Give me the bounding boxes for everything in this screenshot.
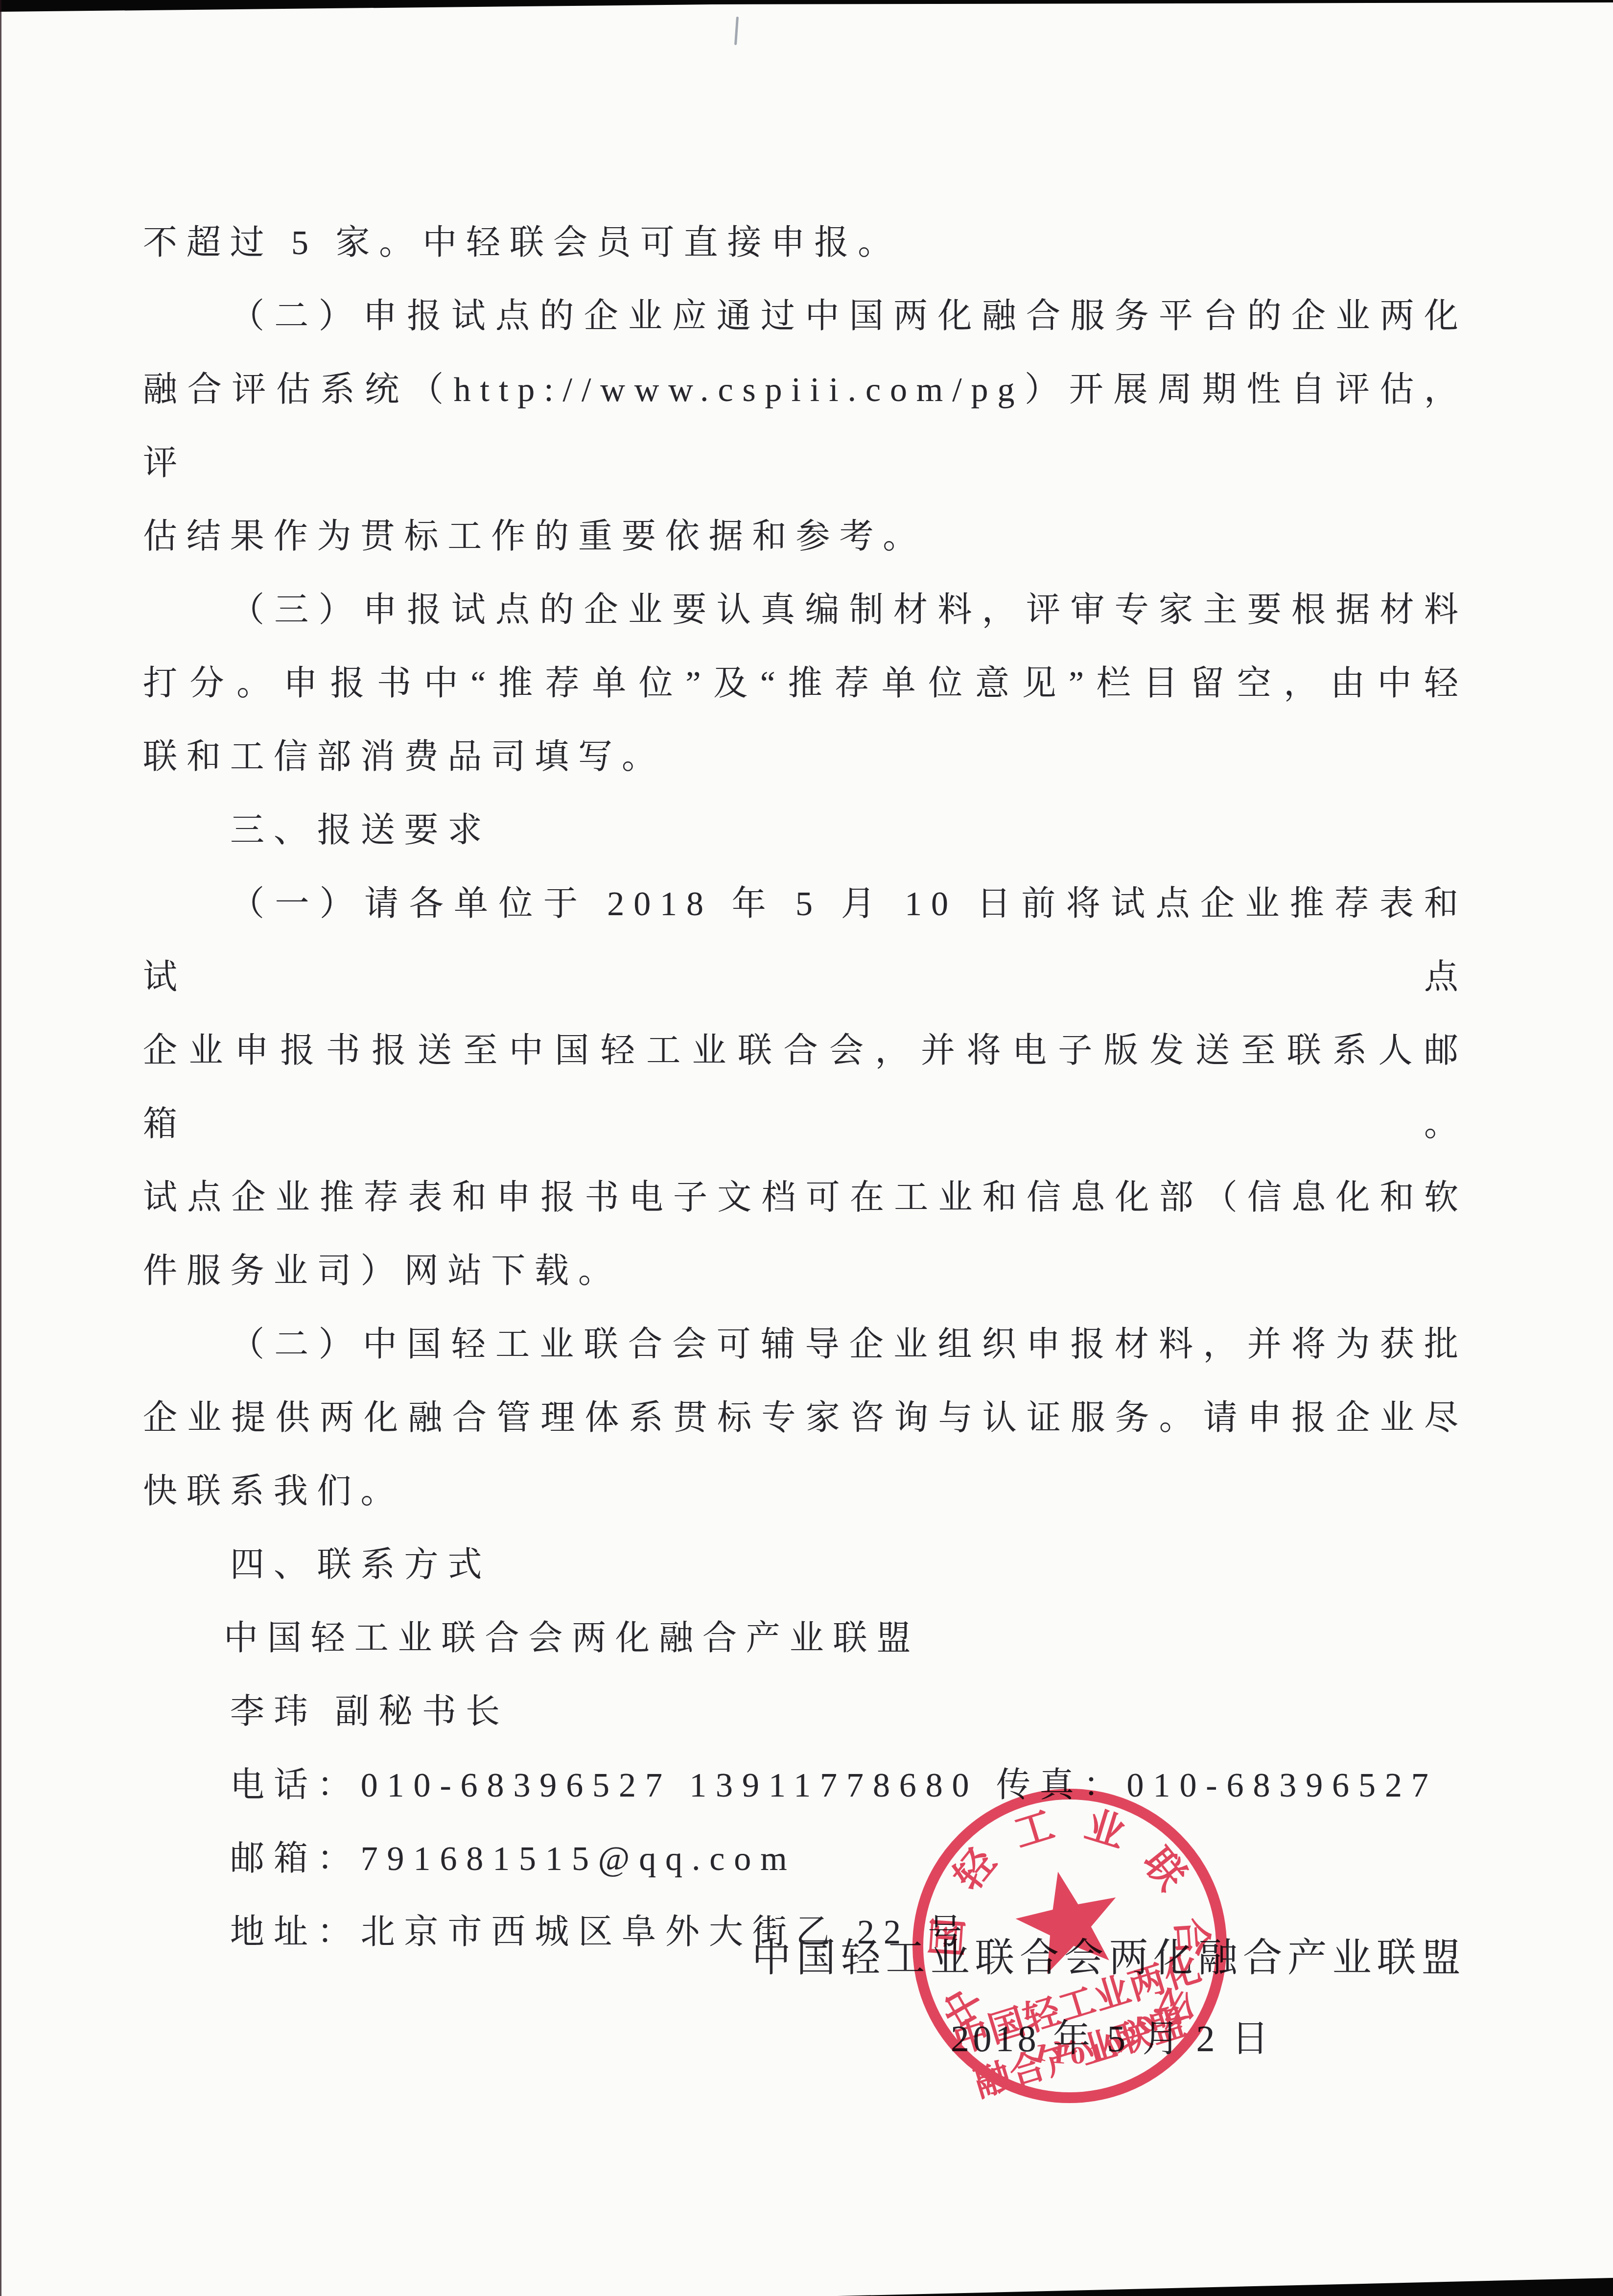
text-line: 三、报送要求 (143, 794, 1468, 868)
text-line: 四、联系方式 (143, 1529, 1468, 1602)
stamp-star-icon (1016, 1871, 1116, 1973)
text-line: （二）中国轻工业联合会可辅导企业组织申报材料，并将为获批 (143, 1308, 1468, 1382)
text-line: 中国轻工业联合会两化融合产业联盟 (143, 1602, 1468, 1676)
text-line: 试点企业推荐表和申报书电子文档可在工业和信息化部（信息化和软 (143, 1161, 1468, 1235)
text-line: （一）请各单位于 2018 年 5 月 10 日前将试点企业推荐表和试点 (143, 868, 1468, 1015)
scan-artifact-left-edge (0, 0, 1, 2296)
scan-artifact-top-edge (0, 0, 1613, 13)
text-line: 企业提供两化融合管理体系贯标专家咨询与认证服务。请申报企业尽 (143, 1382, 1468, 1455)
text-line: 联和工信部消费品司填写。 (143, 721, 1468, 794)
text-line: 电话：010-68396527 13911778680 传真：010-68396… (143, 1749, 1468, 1823)
text-line: 快联系我们。 (143, 1455, 1468, 1529)
official-seal-stamp: 中国轻工业联合会 中国轻工业两化 融合产业联盟 1101020242301 (903, 1782, 1236, 2115)
text-line: 融合评估系统（http://www.cspiii.com/pg）开展周期性自评估… (143, 354, 1468, 500)
scan-artifact-bottom-right-edge (0, 2276, 1613, 2296)
text-line: 李玮 副秘书长 (143, 1676, 1468, 1749)
text-line: 件服务业司）网站下载。 (143, 1235, 1468, 1308)
text-line: （二）申报试点的企业应通过中国两化融合服务平台的企业两化 (143, 280, 1468, 354)
stamp-ring-char: 业 (1080, 1803, 1130, 1856)
stamp-ring-char: 国 (926, 1917, 971, 1959)
text-line: 企业申报书报送至中国轻工业联合会，并将电子版发送至联系人邮箱。 (143, 1015, 1468, 1161)
scan-artifact-tick (734, 17, 739, 45)
text-line: 邮箱：791681515@qq.com (143, 1823, 1468, 1896)
text-line: 打分。申报书中“推荐单位”及“推荐单位意见”栏目留空，由中轻 (143, 647, 1468, 721)
scanned-document-page: 不超过 5 家。中轻联会员可直接申报。（二）申报试点的企业应通过中国两化融合服务… (0, 0, 1613, 2296)
document-body: 不超过 5 家。中轻联会员可直接申报。（二）申报试点的企业应通过中国两化融合服务… (143, 207, 1468, 1969)
text-line: （三）申报试点的企业要认真编制材料，评审专家主要根据材料 (143, 574, 1468, 647)
stamp-ring-char: 工 (1009, 1803, 1059, 1856)
text-line: 不超过 5 家。中轻联会员可直接申报。 (143, 207, 1468, 280)
text-line: 估结果作为贯标工作的重要依据和参考。 (143, 500, 1468, 574)
